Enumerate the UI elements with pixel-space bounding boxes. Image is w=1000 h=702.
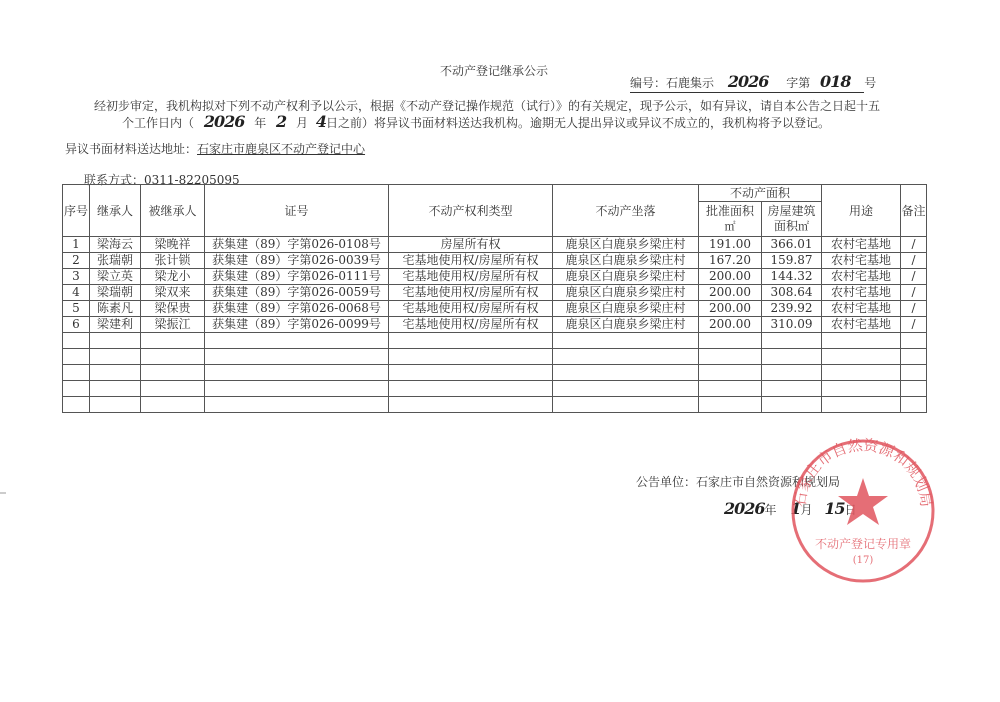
cell-empty	[141, 381, 205, 397]
cell-empty	[90, 365, 141, 381]
cell-heir: 梁海云	[90, 237, 141, 253]
cell-right-type: 宅基地使用权/房屋所有权	[389, 285, 553, 301]
notice-paragraph-line2: 个工作日内（ 2026 年 2 月 4日之前）将异议书面材料送达我机构。逾期无人…	[122, 114, 830, 131]
issue-year: 2026	[724, 499, 765, 518]
cell-empty	[63, 365, 90, 381]
seal-center-text: 不动产登记专用章	[815, 536, 911, 551]
cell-building-area: 308.64	[762, 285, 822, 301]
header-building-area: 房屋建筑面积㎡	[762, 202, 822, 237]
cell-building-area: 144.32	[762, 269, 822, 285]
cell-empty	[63, 333, 90, 349]
table-row-empty	[63, 397, 927, 413]
cell-building-area: 310.09	[762, 317, 822, 333]
cell-empty	[141, 349, 205, 365]
table-row: 3梁立英梁龙小获集建（89）字第026-0111号宅基地使用权/房屋所有权鹿泉区…	[63, 269, 927, 285]
cell-approved-area: 191.00	[699, 237, 762, 253]
cell-empty	[762, 349, 822, 365]
official-seal: 石家庄市自然资源和规划局 不动产登记专用章 (17)	[788, 436, 938, 586]
cell-usage: 农村宅基地	[822, 317, 901, 333]
issue-year-label: 年	[765, 503, 777, 517]
cell-remarks: /	[901, 285, 927, 301]
cell-location: 鹿泉区白鹿泉乡梁庄村	[553, 253, 699, 269]
cell-empty	[762, 333, 822, 349]
cell-approved-area: 200.00	[699, 317, 762, 333]
cell-approved-area: 167.20	[699, 253, 762, 269]
inheritance-table: 序号 继承人 被继承人 证号 不动产权利类型 不动产坐落 不动产面积 用途 备注…	[62, 184, 927, 413]
cell-decedent: 梁保贵	[141, 301, 205, 317]
cell-empty	[389, 349, 553, 365]
doc-number-suffix: 号	[864, 76, 876, 90]
header-heir: 继承人	[90, 185, 141, 237]
cell-cert-no: 获集建（89）字第026-0108号	[205, 237, 389, 253]
cell-building-area: 159.87	[762, 253, 822, 269]
cell-empty	[205, 349, 389, 365]
cell-empty	[205, 365, 389, 381]
doc-number-prefix: 编号：石鹿集示	[630, 76, 714, 90]
cell-empty	[762, 381, 822, 397]
cell-empty	[822, 349, 901, 365]
cell-empty	[699, 397, 762, 413]
doc-number-year: 2026	[728, 72, 769, 91]
document-number: 编号：石鹿集示 2026 字第 018 号	[630, 72, 864, 93]
cell-empty	[141, 333, 205, 349]
cell-approved-area: 200.00	[699, 269, 762, 285]
cell-remarks: /	[901, 317, 927, 333]
cell-empty	[822, 381, 901, 397]
table-row: 1梁海云梁晚祥获集建（89）字第026-0108号房屋所有权鹿泉区白鹿泉乡梁庄村…	[63, 237, 927, 253]
table-row: 5陈素凡梁保贵获集建（89）字第026-0068号宅基地使用权/房屋所有权鹿泉区…	[63, 301, 927, 317]
cell-remarks: /	[901, 253, 927, 269]
cell-seq: 1	[63, 237, 90, 253]
cell-location: 鹿泉区白鹿泉乡梁庄村	[553, 301, 699, 317]
cell-building-area: 366.01	[762, 237, 822, 253]
header-cert-no: 证号	[205, 185, 389, 237]
cell-cert-no: 获集建（89）字第026-0111号	[205, 269, 389, 285]
cell-empty	[699, 381, 762, 397]
objection-address: 异议书面材料送达地址：石家庄市鹿泉区不动产登记中心	[65, 140, 365, 157]
cell-empty	[699, 349, 762, 365]
deadline-year: 2026	[204, 112, 245, 131]
cell-empty	[762, 397, 822, 413]
cell-seq: 5	[63, 301, 90, 317]
cell-decedent: 梁振江	[141, 317, 205, 333]
header-approved-area: 批准面积 ㎡	[699, 202, 762, 237]
cell-decedent: 梁双来	[141, 285, 205, 301]
cell-right-type: 宅基地使用权/房屋所有权	[389, 317, 553, 333]
cell-seq: 2	[63, 253, 90, 269]
scan-mark	[0, 492, 6, 494]
cell-right-type: 宅基地使用权/房屋所有权	[389, 253, 553, 269]
cell-cert-no: 获集建（89）字第026-0059号	[205, 285, 389, 301]
cell-empty	[90, 349, 141, 365]
cell-empty	[901, 381, 927, 397]
approved-area-unit: ㎡	[725, 220, 736, 233]
cell-empty	[389, 365, 553, 381]
cell-empty	[389, 381, 553, 397]
cell-empty	[90, 333, 141, 349]
cell-usage: 农村宅基地	[822, 269, 901, 285]
cell-empty	[141, 365, 205, 381]
line2-end: 日之前）将异议书面材料送达我机构。逾期无人提出异议或异议不成立的，我机构将予以登…	[326, 116, 830, 130]
table-row: 2张瑞朝张计锁获集建（89）字第026-0039号宅基地使用权/房屋所有权鹿泉区…	[63, 253, 927, 269]
cell-right-type: 房屋所有权	[389, 237, 553, 253]
cell-usage: 农村宅基地	[822, 285, 901, 301]
cell-empty	[553, 381, 699, 397]
line2-start: 个工作日内（	[122, 116, 194, 130]
cell-empty	[553, 349, 699, 365]
header-right-type: 不动产权利类型	[389, 185, 553, 237]
cell-usage: 农村宅基地	[822, 301, 901, 317]
cell-empty	[63, 349, 90, 365]
cell-remarks: /	[901, 237, 927, 253]
cell-heir: 梁瑞朝	[90, 285, 141, 301]
header-remarks: 备注	[901, 185, 927, 237]
cell-heir: 陈素凡	[90, 301, 141, 317]
table-row-empty	[63, 381, 927, 397]
deadline-day: 4	[316, 112, 326, 131]
cell-location: 鹿泉区白鹿泉乡梁庄村	[553, 269, 699, 285]
cell-empty	[389, 397, 553, 413]
cell-location: 鹿泉区白鹿泉乡梁庄村	[553, 317, 699, 333]
cell-decedent: 张计锁	[141, 253, 205, 269]
cell-empty	[553, 397, 699, 413]
cell-building-area: 239.92	[762, 301, 822, 317]
cell-heir: 梁建利	[90, 317, 141, 333]
cell-approved-area: 200.00	[699, 301, 762, 317]
seal-star-icon	[838, 478, 888, 525]
cell-empty	[553, 365, 699, 381]
document-title: 不动产登记继承公示	[440, 62, 548, 79]
table-row: 4梁瑞朝梁双来获集建（89）字第026-0059号宅基地使用权/房屋所有权鹿泉区…	[63, 285, 927, 301]
doc-number-mid: 字第	[786, 76, 810, 90]
cell-usage: 农村宅基地	[822, 253, 901, 269]
header-location: 不动产坐落	[553, 185, 699, 237]
cell-cert-no: 获集建（89）字第026-0039号	[205, 253, 389, 269]
cell-empty	[205, 333, 389, 349]
cell-cert-no: 获集建（89）字第026-0068号	[205, 301, 389, 317]
cell-seq: 4	[63, 285, 90, 301]
table-row-empty	[63, 349, 927, 365]
table-row: 6梁建利梁振江获集建（89）字第026-0099号宅基地使用权/房屋所有权鹿泉区…	[63, 317, 927, 333]
cell-cert-no: 获集建（89）字第026-0099号	[205, 317, 389, 333]
cell-decedent: 梁晚祥	[141, 237, 205, 253]
cell-seq: 3	[63, 269, 90, 285]
cell-empty	[63, 381, 90, 397]
cell-empty	[762, 365, 822, 381]
header-decedent: 被继承人	[141, 185, 205, 237]
cell-empty	[822, 365, 901, 381]
cell-empty	[699, 333, 762, 349]
cell-heir: 张瑞朝	[90, 253, 141, 269]
header-usage: 用途	[822, 185, 901, 237]
cell-location: 鹿泉区白鹿泉乡梁庄村	[553, 285, 699, 301]
cell-heir: 梁立英	[90, 269, 141, 285]
cell-right-type: 宅基地使用权/房屋所有权	[389, 301, 553, 317]
cell-empty	[141, 397, 205, 413]
cell-empty	[901, 333, 927, 349]
cell-remarks: /	[901, 269, 927, 285]
cell-empty	[553, 333, 699, 349]
cell-empty	[822, 397, 901, 413]
cell-empty	[205, 381, 389, 397]
building-area-unit: ㎡	[798, 220, 809, 233]
objection-address-label: 异议书面材料送达地址：	[65, 142, 197, 156]
seal-code: (17)	[853, 555, 874, 566]
cell-empty	[389, 333, 553, 349]
issuer-label: 公告单位：	[636, 475, 696, 489]
approved-area-label: 批准面积	[706, 204, 754, 218]
cell-empty	[90, 381, 141, 397]
cell-location: 鹿泉区白鹿泉乡梁庄村	[553, 237, 699, 253]
table-row-empty	[63, 365, 927, 381]
cell-seq: 6	[63, 317, 90, 333]
header-area-group: 不动产面积	[699, 185, 822, 202]
cell-empty	[90, 397, 141, 413]
cell-remarks: /	[901, 301, 927, 317]
cell-empty	[63, 397, 90, 413]
cell-empty	[901, 397, 927, 413]
cell-empty	[822, 333, 901, 349]
doc-number-value: 018	[820, 72, 850, 91]
cell-empty	[901, 349, 927, 365]
month-label: 月	[296, 116, 308, 130]
header-seq: 序号	[63, 185, 90, 237]
deadline-month: 2	[276, 112, 286, 131]
cell-approved-area: 200.00	[699, 285, 762, 301]
cell-right-type: 宅基地使用权/房屋所有权	[389, 269, 553, 285]
table-row-empty	[63, 333, 927, 349]
cell-decedent: 梁龙小	[141, 269, 205, 285]
objection-address-value: 石家庄市鹿泉区不动产登记中心	[197, 142, 365, 156]
cell-empty	[901, 365, 927, 381]
cell-empty	[699, 365, 762, 381]
year-label: 年	[254, 116, 266, 130]
cell-empty	[205, 397, 389, 413]
cell-usage: 农村宅基地	[822, 237, 901, 253]
